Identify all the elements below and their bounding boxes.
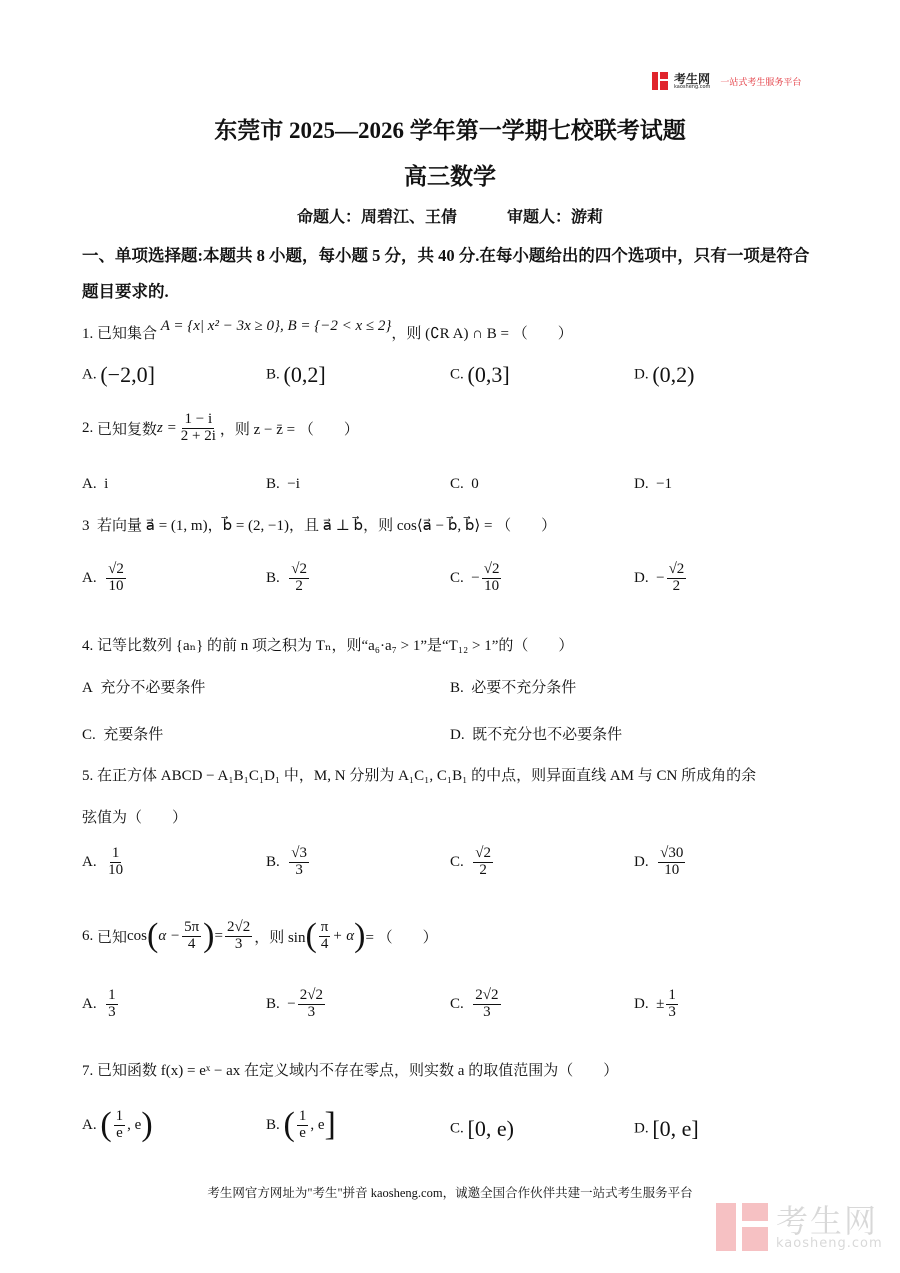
question-7-option-c: C. [0, e) — [450, 1116, 514, 1142]
question-suffix: ，则 (∁R A) ∩ B = （ ） — [391, 326, 572, 342]
question-4-stem: 4. 记等比数列 {aₙ} 的前 n 项之积为 Tₙ，则“a₆·a₇ > 1”是… — [82, 634, 573, 655]
page-footer: 考生网官方网址为"考生"拼音 kaosheng.com，诚邀全国合作伙伴共建一站… — [0, 1183, 900, 1201]
question-5-stem-line2: 弦值为（ ） — [82, 806, 187, 827]
kaosheng-logo-icon — [652, 72, 668, 90]
question-reviewer: 审题人：游莉 — [507, 209, 603, 226]
question-5-option-d: D. √3010 — [634, 846, 687, 879]
question-3-option-a: A. √210 — [82, 562, 128, 595]
question-6-option-d: D. ±13 — [634, 988, 680, 1021]
question-6-option-b: B. −2√23 — [266, 988, 327, 1021]
kaosheng-watermark-icon — [716, 1203, 770, 1251]
question-6-stem: 6. 已知cos(α −5π4)=2√23，则 sin(π4+ α)= （ ） — [82, 917, 438, 955]
question-3-stem: 3 若向量 a⃗ = (1, m)，b⃗ = (2, −1)，且 a⃗ ⊥ b⃗… — [82, 514, 556, 535]
question-6-option-a: A. 13 — [82, 988, 120, 1021]
question-5-stem: 5. 在正方体 ABCD − A₁B₁C₁D₁ 中，M, N 分别为 A₁C₁,… — [82, 764, 756, 785]
question-2-option-a: A. i — [82, 476, 108, 493]
question-prefix: 已知集合 — [97, 326, 157, 342]
question-5-option-c: C. √22 — [450, 846, 495, 879]
question-2-stem: 2. 已知复数 z = 1 − i2 + 2i ，则 z − z̄ = （ ） — [82, 412, 359, 445]
section-heading: 一、单项选择题:本题共 8 小题，每小题 5 分，共 40 分.在每小题给出的四… — [82, 238, 822, 310]
exam-authors: 命题人：周碧江、王倩审题人：游莉 — [0, 204, 900, 227]
question-2-option-d: D. −1 — [634, 476, 672, 493]
watermark-cn: 考生网 — [776, 1205, 883, 1237]
watermark-en: kaosheng.com — [776, 1237, 883, 1250]
question-6-option-c: C. 2√23 — [450, 988, 503, 1021]
question-1-option-c: C. (0,3] — [450, 362, 510, 388]
question-2-option-c: C. 0 — [450, 476, 479, 493]
logo-domain: kaosheng.com — [674, 85, 710, 90]
logo-slogan: 一站式考生服务平台 — [720, 75, 801, 88]
question-1-option-b: B. (0,2] — [266, 362, 326, 388]
question-7-option-a: A. (1e, e) — [82, 1106, 153, 1144]
question-7-stem: 7. 已知函数 f(x) = eˣ − ax 在定义域内不存在零点，则实数 a … — [82, 1059, 618, 1080]
question-4-option-a: A 充分不必要条件 — [82, 676, 205, 697]
question-4-option-d: D. 既不充分也不必要条件 — [450, 723, 622, 744]
logo-name: 考生网 — [674, 73, 710, 85]
question-4-option-c: C. 充要条件 — [82, 723, 163, 744]
question-4-option-b: B. 必要不充分条件 — [450, 676, 576, 697]
kaosheng-watermark: 考生网 kaosheng.com — [716, 1203, 883, 1251]
question-3-option-d: D. −√22 — [634, 562, 688, 595]
question-3-option-c: C. −√210 — [450, 562, 503, 595]
question-7-option-b: B. (1e, e] — [266, 1106, 336, 1144]
question-2-option-b: B. −i — [266, 476, 300, 493]
question-1-option-a: A. (−2,0] — [82, 362, 155, 388]
question-1-option-d: D. (0,2) — [634, 362, 695, 388]
question-1-stem: 1. 已知集合 A = {x| x² − 3x ≥ 0}, B = {−2 < … — [82, 322, 573, 343]
question-5-option-a: A. 110 — [82, 846, 127, 879]
exam-subject: 高三数学 — [0, 158, 900, 191]
question-5-option-b: B. √33 — [266, 846, 311, 879]
question-3-option-b: B. √22 — [266, 562, 311, 595]
kaosheng-logo: 考生网 kaosheng.com 一站式考生服务平台 — [652, 72, 801, 90]
question-formula: A = {x| x² − 3x ≥ 0}, B = {−2 < x ≤ 2} — [161, 318, 392, 334]
question-setter: 命题人：周碧江、王倩 — [297, 209, 457, 226]
question-number: 1. — [82, 326, 93, 342]
exam-title: 东莞市 2025—2026 学年第一学期七校联考试题 — [0, 112, 900, 145]
question-7-option-d: D. [0, e] — [634, 1116, 699, 1142]
